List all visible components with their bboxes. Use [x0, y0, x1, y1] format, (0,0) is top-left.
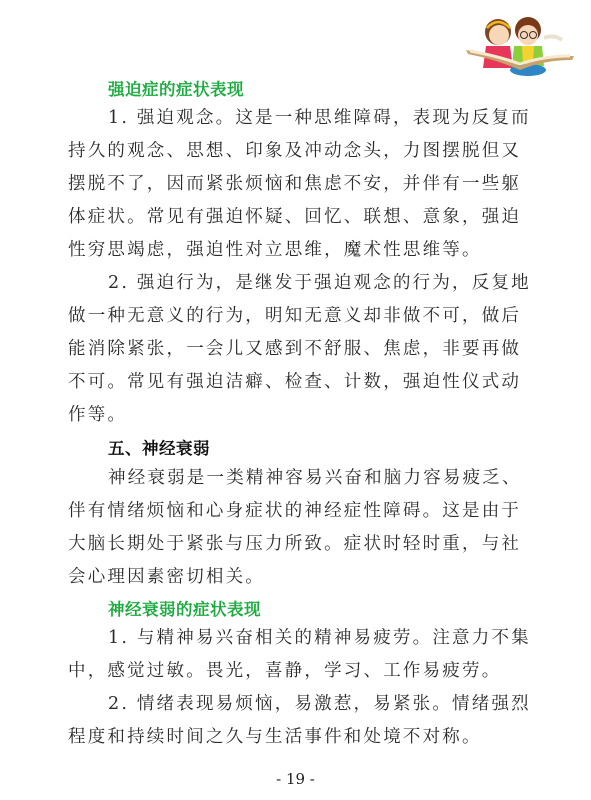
section-heading-neurasthenia: 五、神经衰弱 — [108, 435, 210, 459]
paragraph-line: 中，感觉过敏。畏光，喜静，学习、工作易疲劳。 — [68, 657, 528, 682]
paragraph-line: 程度和持续时间之久与生活事件和处境不对称。 — [68, 723, 528, 748]
paragraph-line: 作等。 — [68, 401, 528, 426]
kids-reading-book-icon — [458, 8, 578, 78]
paragraph-line: 伴有情绪烦恼和心身症状的神经症性障碍。这是由于 — [68, 497, 528, 522]
paragraph-line: 会心理因素密切相关。 — [68, 563, 528, 588]
paragraph-line: 摆脱不了，因而紧张烦恼和焦虑不安，并伴有一些躯 — [68, 170, 528, 195]
page-number: - 19 - — [0, 770, 591, 788]
section-heading-neurasthenia-symptoms: 神经衰弱的症状表现 — [108, 596, 261, 620]
paragraph-line: 2. 情绪表现易烦恼，易激惹，易紧张。情绪强烈 — [108, 690, 568, 715]
paragraph-line: 不可。常见有强迫洁癖、检查、计数，强迫性仪式动 — [68, 368, 528, 393]
paragraph-line: 1. 与精神易兴奋相关的精神易疲劳。注意力不集 — [108, 624, 568, 649]
paragraph-line: 持久的观念、思想、印象及冲动念头，力图摆脱但又 — [68, 137, 528, 162]
paragraph-line: 能消除紧张，一会儿又感到不舒服、焦虑，非要再做 — [68, 335, 528, 360]
paragraph-line: 2. 强迫行为，是继发于强迫观念的行为，反复地 — [108, 269, 568, 294]
paragraph-line: 性穷思竭虑，强迫性对立思维，魔术性思维等。 — [68, 236, 528, 261]
document-page: 强迫症的症状表现 1. 强迫观念。这是一种思维障碍，表现为反复而 持久的观念、思… — [0, 0, 591, 800]
section-heading-ocd-symptoms: 强迫症的症状表现 — [108, 76, 244, 100]
paragraph-line: 做一种无意义的行为，明知无意义却非做不可，做后 — [68, 302, 528, 327]
paragraph-line: 体症状。常见有强迫怀疑、回忆、联想、意象，强迫 — [68, 203, 528, 228]
paragraph-line: 大脑长期处于紧张与压力所致。症状时轻时重，与社 — [68, 530, 528, 555]
paragraph-line: 神经衰弱是一类精神容易兴奋和脑力容易疲乏、 — [108, 464, 568, 489]
paragraph-line: 1. 强迫观念。这是一种思维障碍，表现为反复而 — [108, 104, 568, 129]
